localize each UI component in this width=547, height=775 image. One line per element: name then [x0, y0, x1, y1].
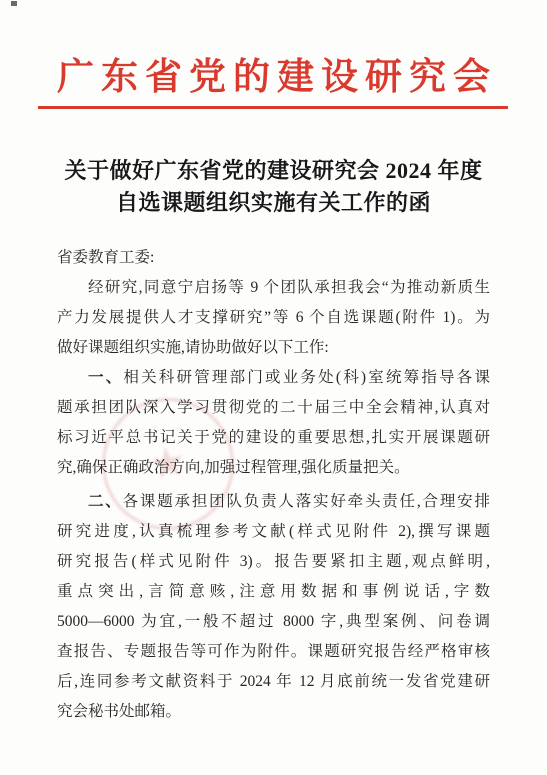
body-paragraph: 一、相关科研管理部门或业务处(科)室统筹指导各课题承担团队深入学习贯彻党的二十届… [57, 363, 490, 483]
org-name-char: 的 [233, 58, 270, 99]
body-line: 标习近平总书记关于党的建设的重要思想,扎实开展课题研 [57, 423, 490, 453]
body-line: 5000—6000 为宜,一般不超过 8000 字,典型案例、问卷调 [57, 607, 490, 637]
body-line: 研究进度,认真梳理参考文献(样式见附件 2),撰写课题 [57, 517, 490, 547]
body-line: 究,确保正确政治方向,加强过程管理,强化质量把关。 [57, 453, 490, 483]
org-name-char: 省 [145, 58, 182, 99]
org-name-char: 广 [57, 58, 94, 99]
document-title: 关于做好广东省党的建设研究会 2024 年度 自选课题组织实施有关工作的函 [0, 155, 547, 219]
document-title-line-2: 自选课题组织实施有关工作的函 [0, 187, 547, 219]
scanned-letter-page: 广东省党的建设研究会 ★ 关于做好广东省党的建设研究会 2024 年度 自选课题… [0, 0, 547, 775]
body-line: 查报告、专题报告等可作为附件。课题研究报告经严格审核 [57, 637, 490, 667]
body-line: 经研究,同意宁启扬等 9 个团队承担我会“为推动新质生 [57, 273, 490, 303]
body-line: 题承担团队深入学习贯彻党的二十届三中全会精神,认真对 [57, 393, 490, 423]
body-line: 二、各课题承担团队负责人落实好牵头责任,合理安排 [57, 487, 490, 517]
org-name-char: 东 [101, 58, 138, 99]
body-line: 究会秘书处邮箱。 [57, 697, 490, 727]
org-name-char: 建 [277, 58, 314, 99]
body-line: 产力发展提供人才支撑研究”等 6 个自选课题(附件 1)。为 [57, 303, 490, 333]
org-name-char: 党 [189, 58, 226, 99]
body-line: 一、相关科研管理部门或业务处(科)室统筹指导各课 [57, 363, 490, 393]
document-body: 省委教育工委: 经研究,同意宁启扬等 9 个团队承担我会“为推动新质生产力发展提… [57, 243, 490, 727]
body-paragraphs: 经研究,同意宁启扬等 9 个团队承担我会“为推动新质生产力发展提供人才支撑研究”… [57, 273, 490, 727]
org-name-char: 会 [453, 58, 490, 99]
body-line: 研究报告(样式见附件 3)。报告要紧扣主题,观点鲜明, [57, 547, 490, 577]
org-name-char: 究 [409, 58, 446, 99]
letterhead-divider-rule [38, 106, 508, 109]
body-line: 后,连同参考文献资料于 2024 年 12 月底前统一发省党建研 [57, 667, 490, 697]
item-number: 一、 [88, 369, 123, 386]
body-paragraph: 经研究,同意宁启扬等 9 个团队承担我会“为推动新质生产力发展提供人才支撑研究”… [57, 273, 490, 363]
item-number: 二、 [88, 493, 123, 510]
scan-artifact [11, 1, 17, 6]
letterhead-org-name: 广东省党的建设研究会 [57, 58, 490, 99]
org-name-char: 研 [365, 58, 402, 99]
salutation: 省委教育工委: [57, 243, 490, 273]
body-line: 做好课题组织实施,请协助做好以下工作: [57, 333, 490, 363]
org-name-char: 设 [321, 58, 358, 99]
document-title-line-1: 关于做好广东省党的建设研究会 2024 年度 [0, 155, 547, 187]
body-line: 重点突出,言简意赅,注意用数据和事例说话,字数 [57, 577, 490, 607]
body-paragraph: 二、各课题承担团队负责人落实好牵头责任,合理安排研究进度,认真梳理参考文献(样式… [57, 487, 490, 727]
